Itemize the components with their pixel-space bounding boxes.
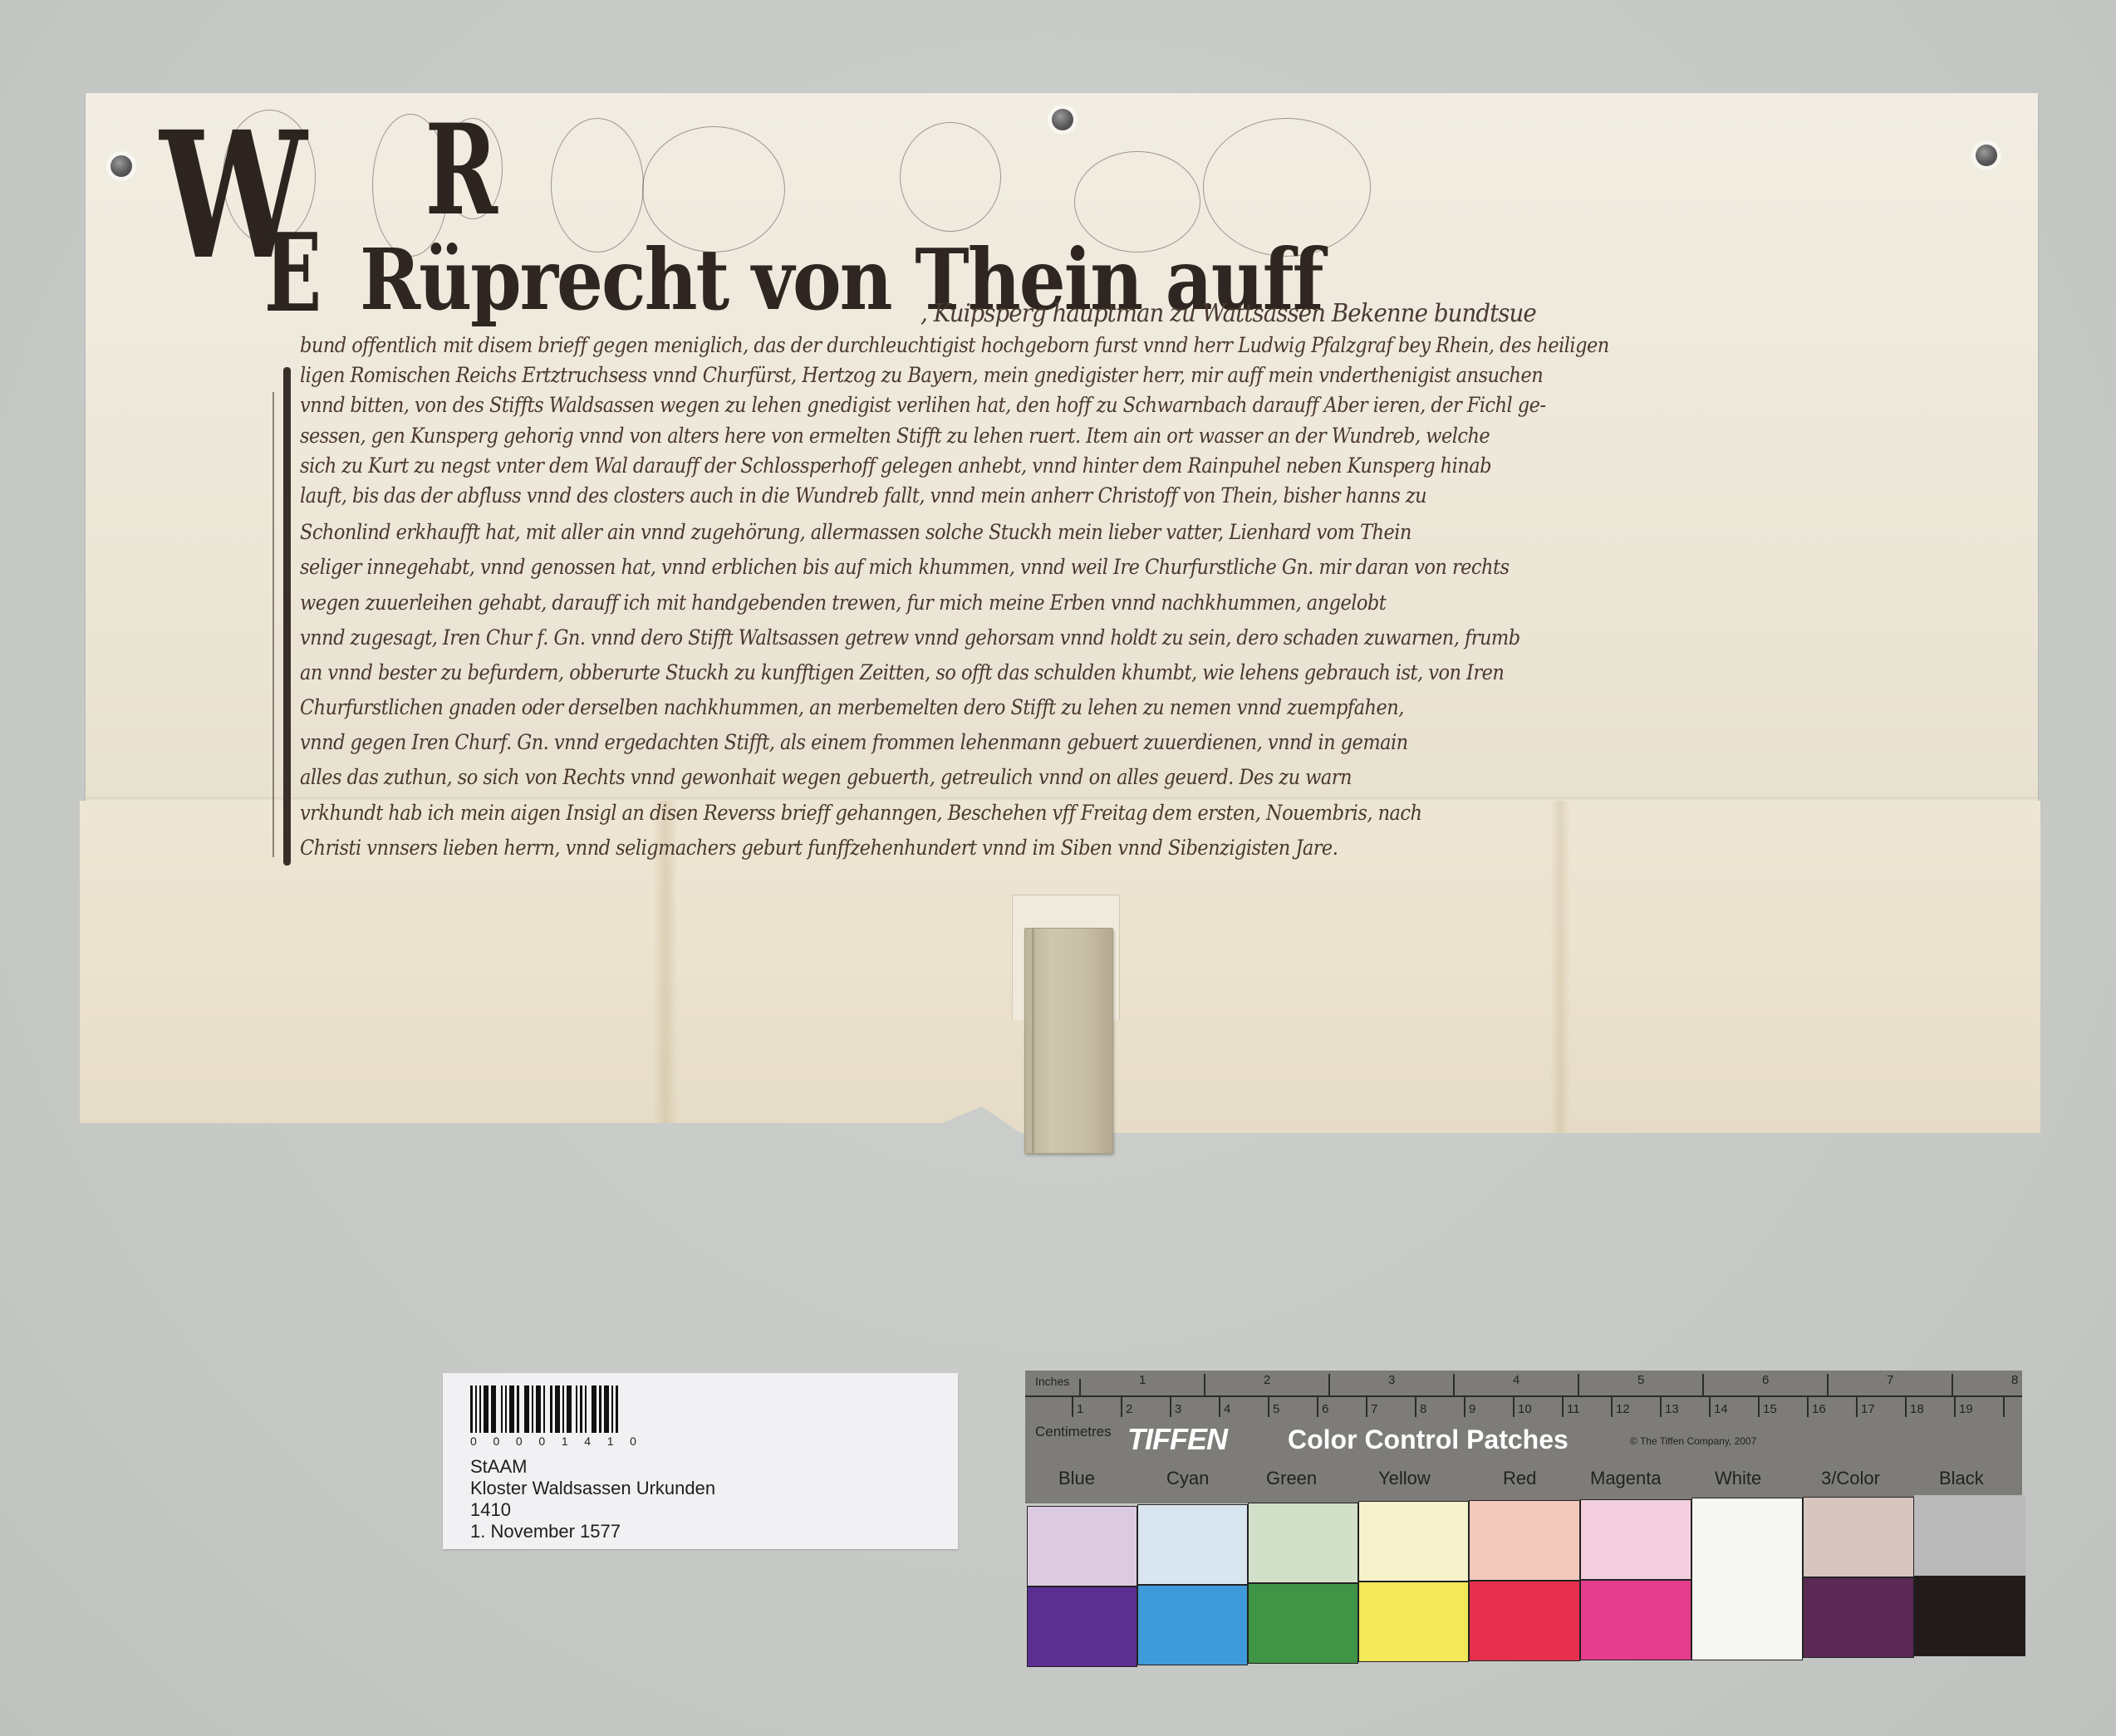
inch-number: 2	[1264, 1373, 1270, 1387]
inches-label: Inches	[1035, 1375, 1069, 1388]
seal-tag-parchment-strip	[1024, 928, 1113, 1154]
patch-yellow-dark	[1358, 1582, 1469, 1662]
charter-heading-continuation: , Kuipsperg hauptman zu Wattsassen Beken…	[921, 299, 1536, 328]
barcode-digit: 0	[538, 1434, 545, 1448]
cm-number: 12	[1616, 1402, 1630, 1416]
magnet-pin-icon	[1052, 109, 1073, 130]
magnet-pin-icon	[110, 155, 132, 177]
archive-name: StAAM	[470, 1456, 527, 1477]
inch-number: 4	[1513, 1373, 1519, 1387]
copyright-text: © The Tiffen Company, 2007	[1630, 1435, 1756, 1447]
patch-cyan-dark	[1137, 1585, 1248, 1665]
magnet-pin-icon	[1976, 145, 1997, 166]
cm-number: 1	[1077, 1402, 1083, 1416]
text-line: wegen zuuerleihen gehabt, darauff ich mi…	[300, 588, 2035, 618]
text-line: vnnd zugesagt, Iren Chur f. Gn. vnnd der…	[300, 623, 2035, 653]
cm-number: 6	[1322, 1402, 1328, 1416]
barcode-icon	[470, 1385, 621, 1433]
cm-number: 4	[1224, 1402, 1230, 1416]
inch-number: 3	[1388, 1373, 1395, 1387]
patch-yellow-light	[1358, 1501, 1469, 1582]
patch-blue-light	[1027, 1506, 1137, 1586]
calligraphic-flourish	[900, 122, 1001, 232]
inch-ruler	[1025, 1371, 2022, 1397]
charter-body-text: bund offentlich mit disem brieff gegen m…	[300, 331, 2036, 863]
barcode-digit: 4	[584, 1434, 591, 1448]
cm-number: 13	[1665, 1402, 1679, 1416]
patch-red-light	[1469, 1500, 1580, 1581]
initial-hairline-stroke	[272, 392, 274, 857]
text-line: vnnd gegen Iren Churf. Gn. vnnd ergedach…	[300, 728, 2035, 758]
cm-number: 14	[1714, 1402, 1728, 1416]
patch-label: 3/Color	[1821, 1468, 1880, 1489]
patch-cyan-light	[1137, 1504, 1248, 1585]
patch-label: Red	[1503, 1468, 1536, 1489]
initial-letter: R	[425, 97, 498, 243]
initial-letter: E	[264, 209, 322, 336]
document-number: 1410	[470, 1499, 511, 1520]
cm-number: 3	[1175, 1402, 1181, 1416]
patch-3color-dark	[1803, 1577, 1914, 1658]
inch-number: 8	[2011, 1373, 2018, 1387]
cm-number: 18	[1910, 1402, 1924, 1416]
patch-black-dark	[1914, 1576, 2025, 1656]
cm-number: 16	[1812, 1402, 1826, 1416]
barcode-digit: 0	[516, 1434, 523, 1448]
patch-green-dark	[1248, 1583, 1358, 1664]
target-title: Color Control Patches	[1288, 1425, 1569, 1455]
barcode-number: 0 0 0 0 1 4 1 0	[470, 1434, 636, 1448]
centimetres-label: Centimetres	[1035, 1424, 1112, 1440]
text-line: sessen, gen Kunsperg gehorig vnnd von al…	[300, 421, 2035, 451]
inch-number: 5	[1637, 1373, 1644, 1387]
text-line: ligen Romischen Reichs Ertztruchsess vnn…	[300, 360, 2035, 390]
barcode-digit: 0	[630, 1434, 636, 1448]
text-line: Churfurstlichen gnaden oder derselben na…	[300, 693, 2035, 723]
cm-number: 11	[1567, 1402, 1580, 1416]
patch-label: Yellow	[1378, 1468, 1431, 1489]
text-line: vnnd bitten, von des Stiffts Waldsassen …	[300, 390, 2035, 420]
patch-label: Magenta	[1590, 1468, 1662, 1489]
cm-number: 15	[1763, 1402, 1777, 1416]
text-line: Christi vnnsers lieben herrn, vnnd selig…	[300, 833, 2035, 863]
document-date: 1. November 1577	[470, 1521, 621, 1542]
initial-descender-stroke	[283, 367, 291, 866]
text-line: an vnnd bester zu befurdern, obberurte S…	[300, 658, 2035, 688]
tiffen-color-control-target: Inches Centimetres 1 2 3 4 5 6 7 8 1 2 3…	[1025, 1371, 2022, 1670]
tiffen-header-bar: Inches Centimetres 1 2 3 4 5 6 7 8 1 2 3…	[1025, 1371, 2022, 1503]
patch-blue-dark	[1027, 1586, 1137, 1667]
inch-number: 1	[1139, 1373, 1146, 1387]
cm-number: 10	[1518, 1402, 1532, 1416]
text-line: seliger innegehabt, vnnd genossen hat, v…	[300, 552, 2035, 582]
cm-number: 9	[1469, 1402, 1475, 1416]
patch-label: Blue	[1058, 1468, 1095, 1489]
patch-red-dark	[1469, 1581, 1580, 1661]
barcode-digit: 1	[607, 1434, 614, 1448]
patch-label: Cyan	[1166, 1468, 1209, 1489]
text-line: bund offentlich mit disem brieff gegen m…	[300, 331, 2035, 360]
patch-magenta-dark	[1580, 1580, 1691, 1660]
text-line: alles das zuthun, so sich von Rechts vnn…	[300, 763, 2035, 792]
cm-number: 8	[1420, 1402, 1426, 1416]
barcode-digit: 1	[562, 1434, 568, 1448]
patch-label: Black	[1939, 1468, 1984, 1489]
patch-3color-light	[1803, 1497, 1914, 1577]
charter-document: W E R Rüprecht von Thein auff , Kuipsper…	[86, 93, 2038, 1140]
patch-label: Green	[1266, 1468, 1317, 1489]
inch-number: 7	[1887, 1373, 1893, 1387]
patch-black-light	[1914, 1495, 2025, 1576]
text-line: vrkhundt hab ich mein aigen Insigl an di…	[300, 798, 2035, 828]
tiffen-logo: TIFFEN	[1127, 1422, 1227, 1457]
patch-green-light	[1248, 1503, 1358, 1583]
collection-name: Kloster Waldsassen Urkunden	[470, 1478, 715, 1498]
patch-label: White	[1715, 1468, 1761, 1489]
text-line: Schonlind erkhaufft hat, mit aller ain v…	[300, 517, 2035, 547]
cm-number: 17	[1861, 1402, 1875, 1416]
text-line: sich zu Kurt zu negst vnter dem Wal dara…	[300, 451, 2035, 481]
cm-number: 5	[1273, 1402, 1279, 1416]
cm-number: 2	[1126, 1402, 1132, 1416]
patch-magenta-light	[1580, 1499, 1691, 1580]
archive-catalogue-label: 0 0 0 0 1 4 1 0 StAAM Kloster Waldsassen…	[443, 1373, 958, 1549]
inch-number: 6	[1762, 1373, 1769, 1387]
patch-white	[1691, 1498, 1803, 1660]
cm-number: 19	[1959, 1402, 1973, 1416]
text-line: lauft, bis das der abfluss vnnd des clos…	[300, 481, 2035, 511]
barcode-digit: 0	[493, 1434, 499, 1448]
cm-number: 7	[1371, 1402, 1377, 1416]
barcode-digit: 0	[470, 1434, 477, 1448]
